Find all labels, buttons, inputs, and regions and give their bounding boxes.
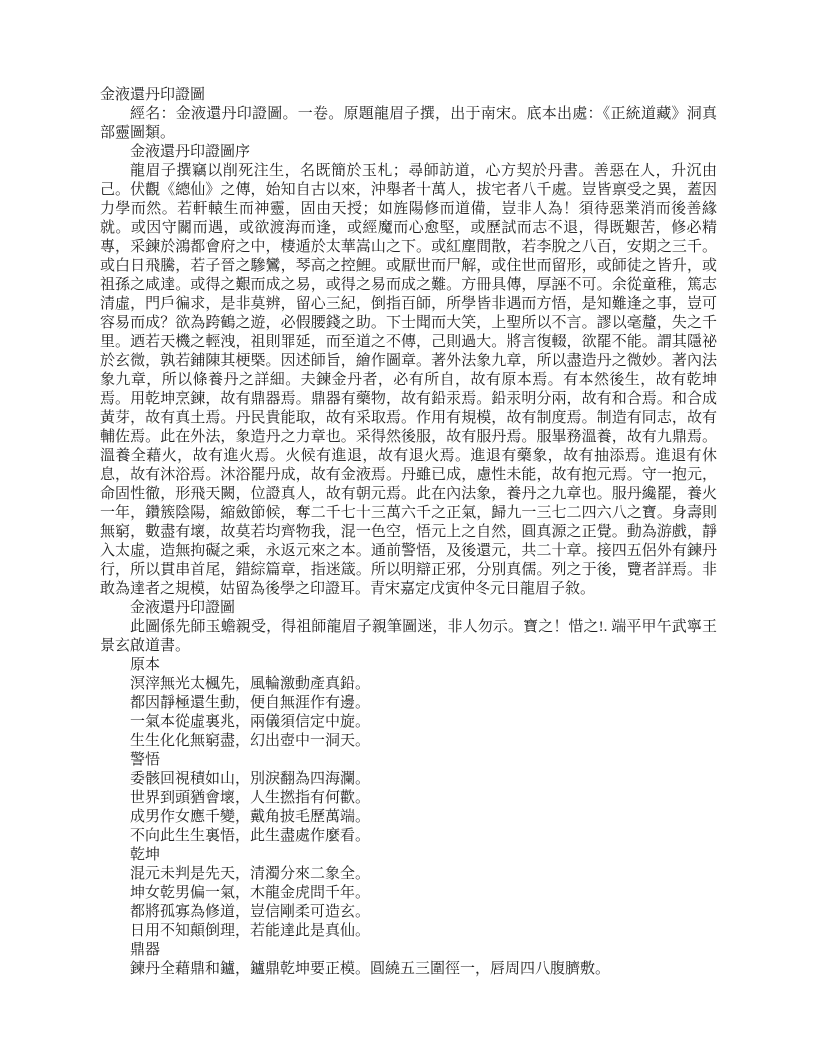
poem-line: 世界到頭猶會壞，人生撚指有何歡。 (100, 789, 717, 808)
poem-title: 乾坤 (100, 846, 717, 865)
poem-line: 一氣本從虛裏兆，兩儀須信定中旋。 (100, 713, 717, 732)
text-column: 金液還丹印證圖 經名：金液還丹印證圖。一卷。原題龍眉子撰，出于南宋。底本出處：《… (100, 86, 717, 979)
poem-line: 都因靜極還生動，便自無涯作有邊。 (100, 694, 717, 713)
poem-title: 警悟 (100, 751, 717, 770)
poem-line: 成男作女應千變，戴角披毛歷萬端。 (100, 808, 717, 827)
poem-line: 不向此生生裏悟，此生盡處作麼看。 (100, 827, 717, 846)
poem-section-qiankun: 乾坤 混元未判是先天，清濁分來二象全。 坤女乾男偏一氣，木龍金虎問千年。 都將孤… (100, 846, 717, 941)
poem-line: 坤女乾男偏一氣，木龍金虎問千年。 (100, 884, 717, 903)
poem-line: 溟滓無光太楓先，風輪激動產真鉛。 (100, 675, 717, 694)
poem-line: 都將孤寡為修道，豈信剛柔可造玄。 (100, 903, 717, 922)
main-heading: 金液還丹印證圖 (100, 599, 717, 618)
poem-line: 鍊丹全藉鼎和鑪，鑪鼎乾坤要正模。圓繞五三圍徑一，唇周四八腹臍敷。 (100, 960, 717, 979)
preface-text: 龍眉子撰竊以削死注生，名既簡於玉札；尋師訪道，心方契於丹書。善惡在人，升沉由己。… (100, 162, 717, 599)
document-page: 金液還丹印證圖 經名：金液還丹印證圖。一卷。原題龍眉子撰，出于南宋。底本出處：《… (0, 0, 816, 1056)
poem-title: 原本 (100, 656, 717, 675)
poem-section-dingqi: 鼎器 鍊丹全藉鼎和鑪，鑪鼎乾坤要正模。圓繞五三圍徑一，唇周四八腹臍敷。 (100, 941, 717, 979)
poem-title: 鼎器 (100, 941, 717, 960)
poem-line: 委骸回視積如山，別淚翻為四海瀾。 (100, 770, 717, 789)
poem-line: 混元未判是先天，清濁分來二象全。 (100, 865, 717, 884)
poem-section-jingwu: 警悟 委骸回視積如山，別淚翻為四海瀾。 世界到頭猶會壞，人生撚指有何歡。 成男作… (100, 751, 717, 846)
poem-section-yuanben: 原本 溟滓無光太楓先，風輪激動產真鉛。 都因靜極還生動，便自無涯作有邊。 一氣本… (100, 656, 717, 751)
poem-line: 生生化化無窮盡，幻出壺中一洞天。 (100, 732, 717, 751)
document-title: 金液還丹印證圖 (100, 86, 717, 105)
transmission-note: 此圖係先師玉蟾親受，得祖師龍眉子親筆圖迷，非人勿示。寶之！惜之!. 端平甲午武寧… (100, 618, 717, 656)
bibliographic-note: 經名：金液還丹印證圖。一卷。原題龍眉子撰，出于南宋。底本出處：《正統道藏》洞真部… (100, 105, 717, 143)
poem-line: 日用不知顛倒理，若能達此是真仙。 (100, 922, 717, 941)
preface-heading: 金液還丹印證圖序 (100, 143, 717, 162)
